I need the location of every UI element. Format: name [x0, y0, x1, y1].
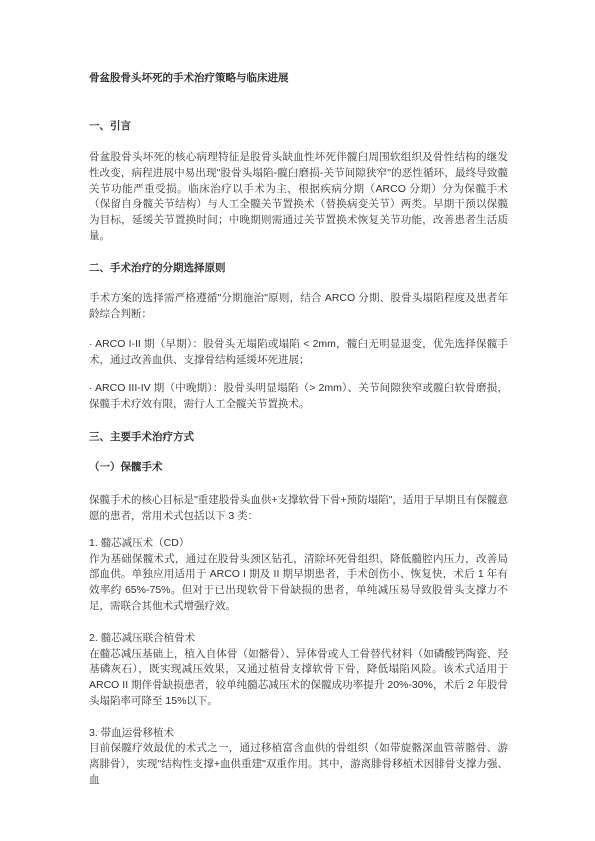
item-heading: 3. 带血运骨移植术	[89, 726, 508, 742]
section-staging-heading: 二、手术治疗的分期选择原则	[89, 261, 508, 277]
item-body: 作为基础保髋术式，通过在股骨头颈区钻孔，清除坏死骨组织、降低髓腔内压力，改善局部…	[89, 552, 508, 615]
section-methods-heading: 三、主要手术治疗方式	[89, 430, 508, 446]
item-body: 目前保髋疗效最优的术式之一，通过移植富含血供的骨组织（如带旋髂深血管蒂髂骨、游离…	[89, 741, 508, 788]
core-decompression-item: 1. 髓芯减压术（CD） 作为基础保髋术式，通过在股骨头颈区钻孔，清除坏死骨组织…	[89, 536, 508, 615]
vascularized-bone-graft-item: 3. 带血运骨移植术 目前保髋疗效最优的术式之一，通过移植富含血供的骨组织（如带…	[89, 726, 508, 789]
item-body: 在髓芯减压基础上，植入自体骨（如髂骨）、异体骨或人工骨替代材料（如磷酸钙陶瓷、羟…	[89, 647, 508, 710]
staging-principle-paragraph: 手术方案的选择需严格遵循"分期施治"原则，结合 ARCO 分期、股骨头塌陷程度及…	[89, 291, 508, 322]
document-body: 骨盆股骨头坏死的手术治疗策略与临床进展 一、引言 骨盆股骨头坏死的核心病理特征是…	[0, 0, 595, 788]
document-page: 骨盆股骨头坏死的手术治疗策略与临床进展 一、引言 骨盆股骨头坏死的核心病理特征是…	[0, 0, 595, 841]
item-heading: 1. 髓芯减压术（CD）	[89, 536, 508, 552]
arco-late-bullet: · ARCO III-IV 期（中晚期）：股骨头明显塌陷（> 2mm）、关节间隙…	[89, 381, 508, 412]
subsection-hip-preserving-heading: （一）保髋手术	[89, 460, 508, 476]
hip-preserving-goal-paragraph: 保髋手术的核心目标是"重建股骨头血供+支撑软骨下骨+预防塌陷"，适用于早期且有保…	[89, 493, 508, 524]
page-title: 骨盆股骨头坏死的手术治疗策略与临床进展	[89, 71, 508, 87]
intro-paragraph: 骨盆股骨头坏死的核心病理特征是股骨头缺血性坏死伴髋臼周围软组织及骨性结构的继发性…	[89, 150, 508, 244]
arco-early-bullet: · ARCO I-II 期（早期）：股骨头无塌陷或塌陷 < 2mm，髋臼无明显退…	[89, 337, 508, 368]
item-heading: 2. 髓芯减压联合植骨术	[89, 631, 508, 647]
section-intro-heading: 一、引言	[89, 119, 508, 135]
decompression-bone-graft-item: 2. 髓芯减压联合植骨术 在髓芯减压基础上，植入自体骨（如髂骨）、异体骨或人工骨…	[89, 631, 508, 710]
